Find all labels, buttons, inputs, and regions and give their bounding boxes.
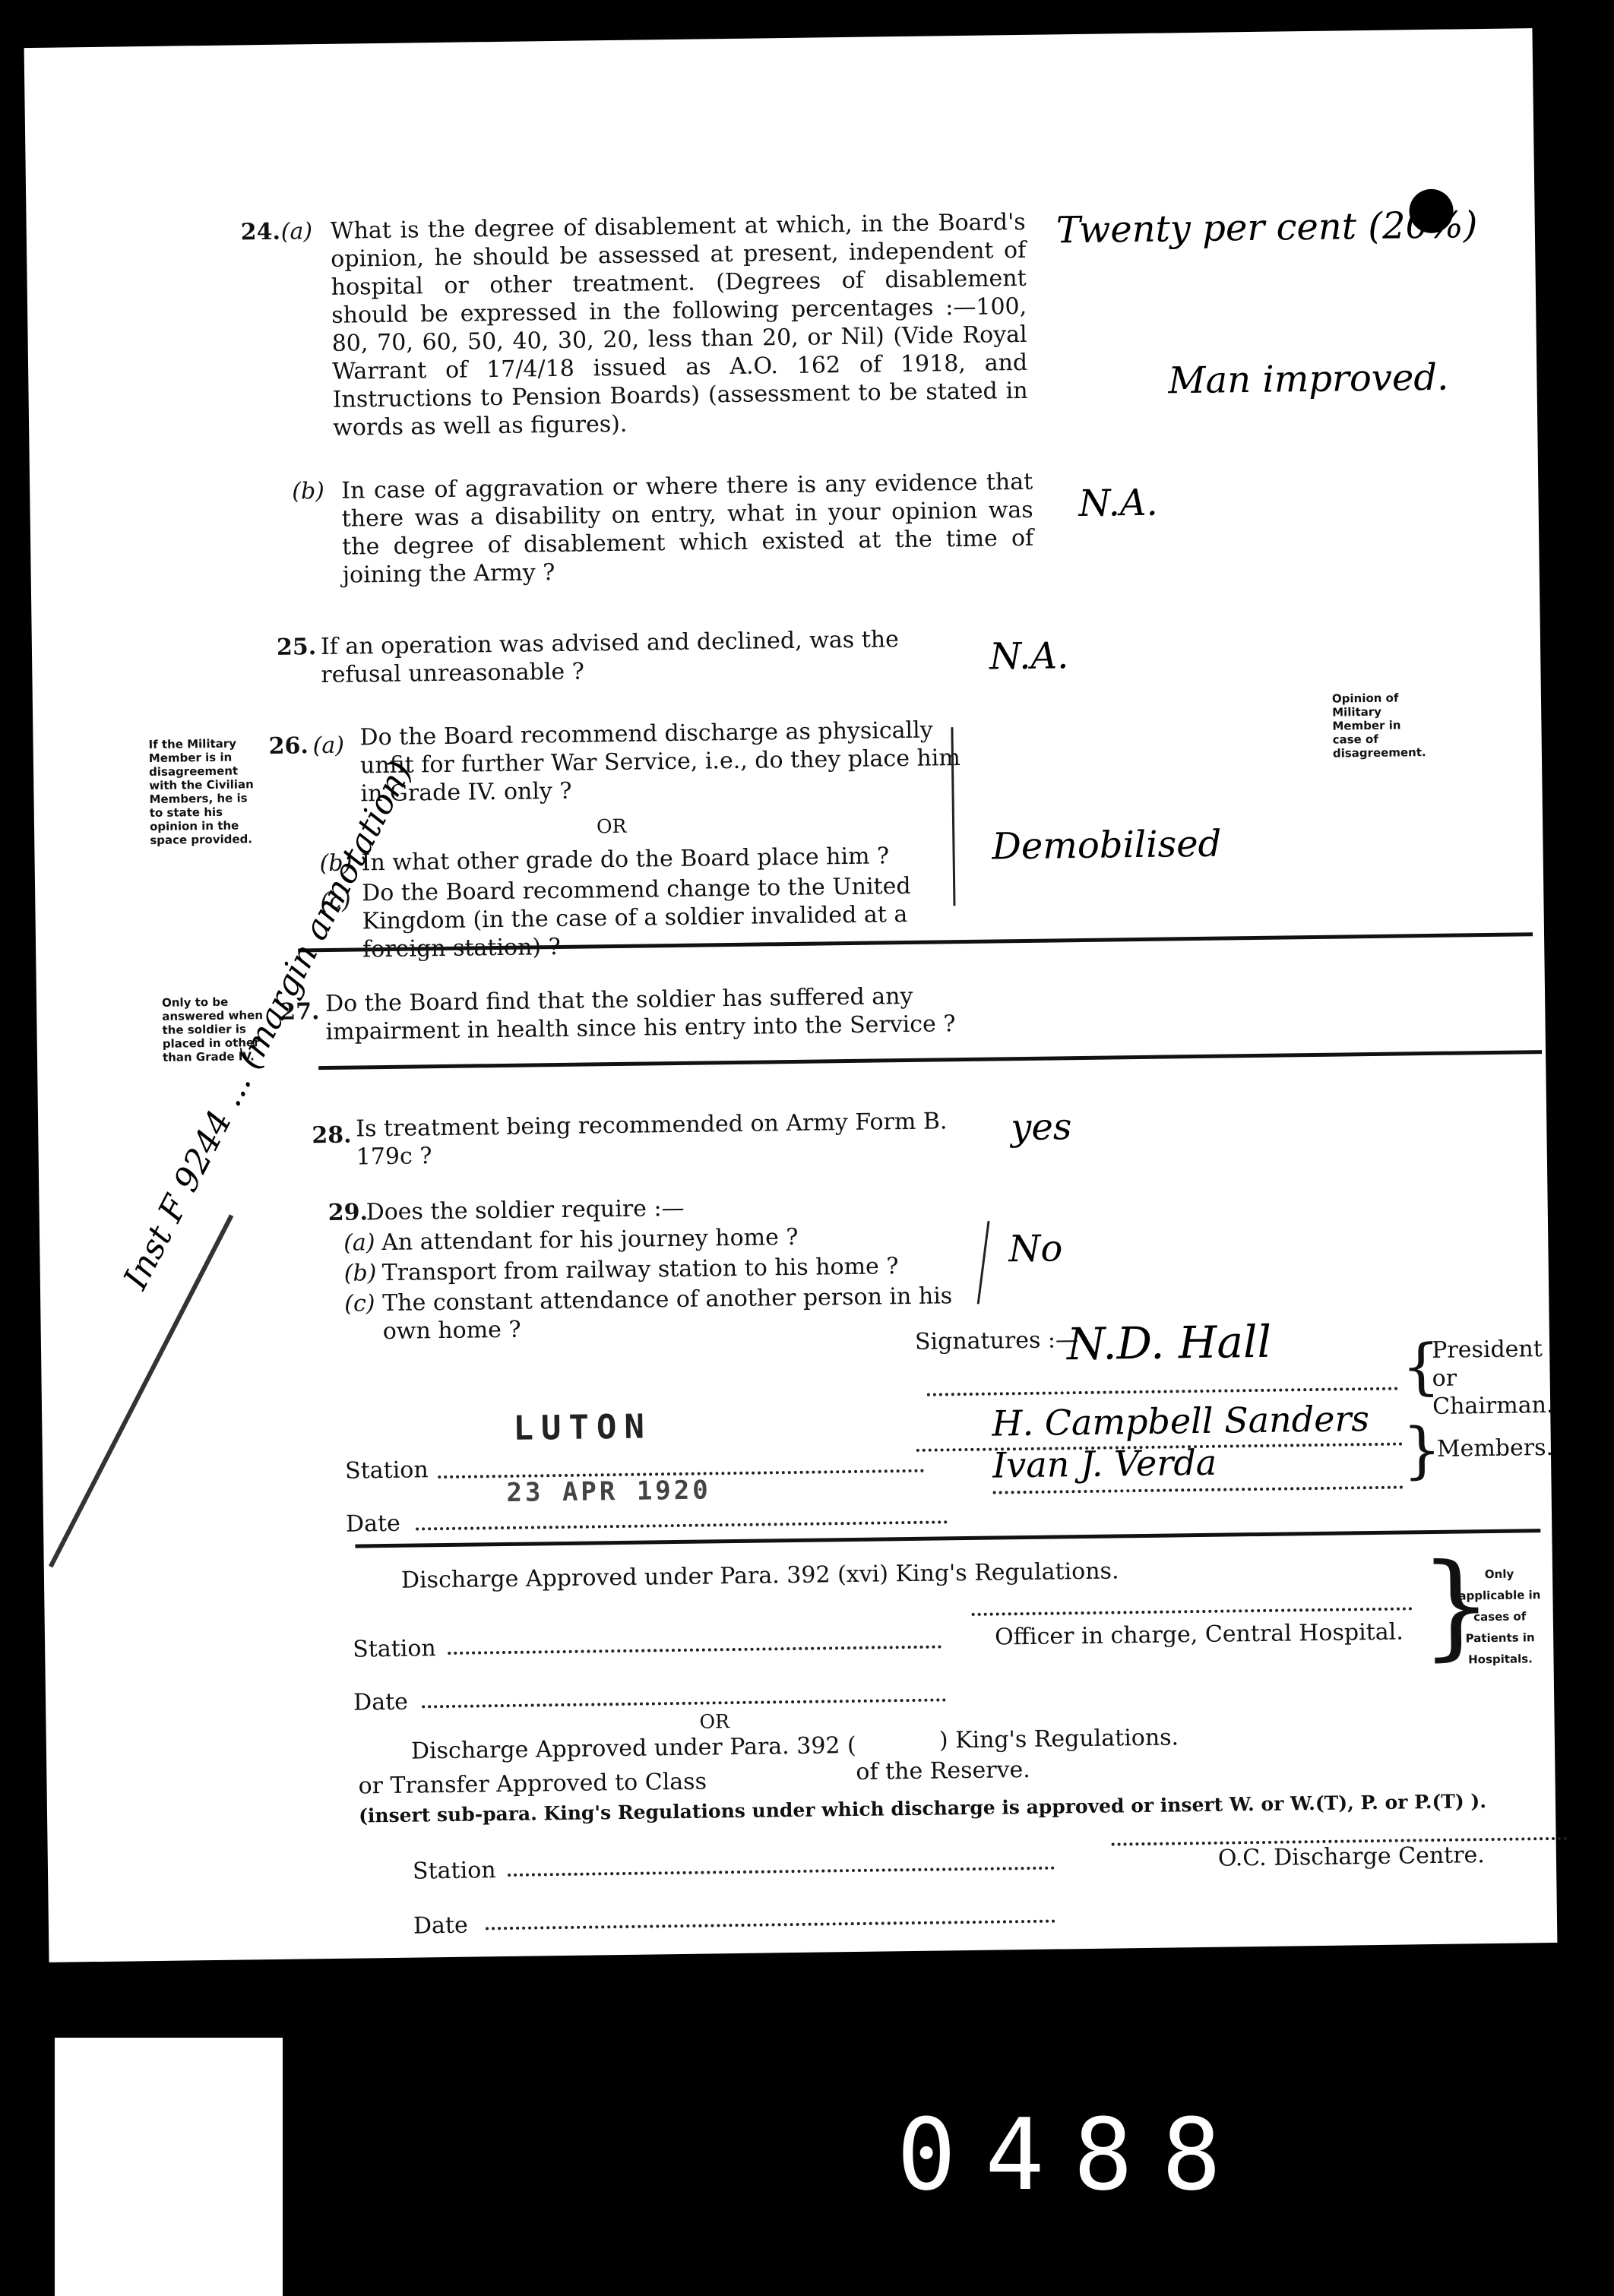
- brace: }: [1402, 1420, 1442, 1482]
- q26-answer: Demobilised: [992, 823, 1222, 868]
- q26-a-label: (a): [312, 732, 344, 761]
- q25-answer: N.A.: [989, 634, 1069, 678]
- hospital-officer-line: [971, 1587, 1412, 1619]
- hospital-station-label: Station: [353, 1634, 436, 1663]
- q26-or: OR: [597, 815, 627, 839]
- q29-a-text: An attendant for his journey home ?: [381, 1223, 799, 1257]
- members-role: Members.: [1437, 1434, 1554, 1463]
- q29-text: Does the soldier require :—: [366, 1194, 684, 1226]
- dc-station-label: Station: [413, 1856, 496, 1885]
- form-page: 24. (a) What is the degree of disablemen…: [24, 28, 1558, 1962]
- q29-c-text: The constant attendance of another perso…: [382, 1282, 991, 1346]
- q29-a-label: (a): [343, 1229, 375, 1257]
- hospital-note: Only applicable in cases of Patients in …: [1457, 1563, 1543, 1670]
- dc-line1-b: ) King's Regulations.: [939, 1723, 1179, 1754]
- q29-answer: No: [1008, 1227, 1063, 1270]
- q28-number: 28.: [312, 1121, 352, 1150]
- president-signature: N.D. Hall: [1067, 1316, 1272, 1371]
- q24-b-text: In case of aggravation or where there is…: [341, 468, 1034, 590]
- dc-line2-b: of the Reserve.: [856, 1756, 1030, 1786]
- frame-counter: 0488: [897, 2097, 1250, 2212]
- q28-answer: yes: [1011, 1105, 1072, 1149]
- q24-a-label: (a): [281, 217, 313, 246]
- signatures-label: Signatures :—: [915, 1326, 1079, 1356]
- date-stamp: 23 APR 1920: [506, 1475, 711, 1508]
- q29-b-label: (b): [344, 1259, 377, 1288]
- president-line: [927, 1379, 1398, 1399]
- q26-a-text: Do the Board recommend discharge as phys…: [359, 716, 960, 808]
- dc-oc-label: O.C. Discharge Centre.: [1218, 1841, 1485, 1873]
- dc-date-label: Date: [413, 1912, 468, 1940]
- hospital-station-line: [448, 1625, 942, 1658]
- president-role: President or Chairman.: [1432, 1335, 1569, 1421]
- date-label: Date: [346, 1510, 400, 1539]
- dc-or: OR: [699, 1710, 729, 1734]
- q24-number: 24.: [241, 218, 281, 247]
- q26-side-note: If the Military Member is in disagreemen…: [148, 736, 264, 847]
- hospital-discharge-text: Discharge Approved under Para. 392 (xvi)…: [401, 1557, 1119, 1594]
- station-label: Station: [345, 1456, 429, 1485]
- member2-signature: Ivan J. Verda: [992, 1442, 1217, 1486]
- q25-number: 25.: [277, 633, 317, 662]
- hospital-officer-label: Officer in charge, Central Hospital.: [995, 1618, 1404, 1652]
- dc-line2-a: or Transfer Approved to Class: [358, 1768, 707, 1801]
- q26-right-note: Opinion of Military Member in case of di…: [1332, 691, 1416, 760]
- dc-date-line: [486, 1900, 1055, 1934]
- q24-b-label: (b): [292, 477, 324, 506]
- dc-line1-a: Discharge Approved under Para. 392 (: [411, 1731, 856, 1766]
- q25-text: If an operation was advised and declined…: [321, 625, 960, 689]
- date-line: [416, 1501, 948, 1533]
- q24-b-answer: N.A.: [1078, 482, 1158, 525]
- q27-text: Do the Board find that the soldier has s…: [325, 982, 964, 1046]
- q26-number: 26.: [268, 732, 309, 761]
- hospital-date-line: [422, 1678, 946, 1711]
- white-card: [55, 2038, 283, 2296]
- hospital-date-label: Date: [353, 1688, 408, 1717]
- q28-text: Is treatment being recommended on Army F…: [356, 1107, 972, 1172]
- divider: [318, 1050, 1542, 1070]
- q29-number: 29.: [328, 1198, 368, 1227]
- q26-b-text: In what other grade do the Board place h…: [361, 841, 961, 877]
- q29-b-text: Transport from railway station to his ho…: [381, 1252, 898, 1287]
- station-stamp: LUTON: [513, 1407, 652, 1447]
- q24-a-text: What is the degree of disablement at whi…: [331, 208, 1029, 442]
- q24-a-answer-2: Man improved.: [1168, 356, 1449, 403]
- dc-station-line: [508, 1847, 1055, 1880]
- q29-c-label: (c): [344, 1289, 375, 1318]
